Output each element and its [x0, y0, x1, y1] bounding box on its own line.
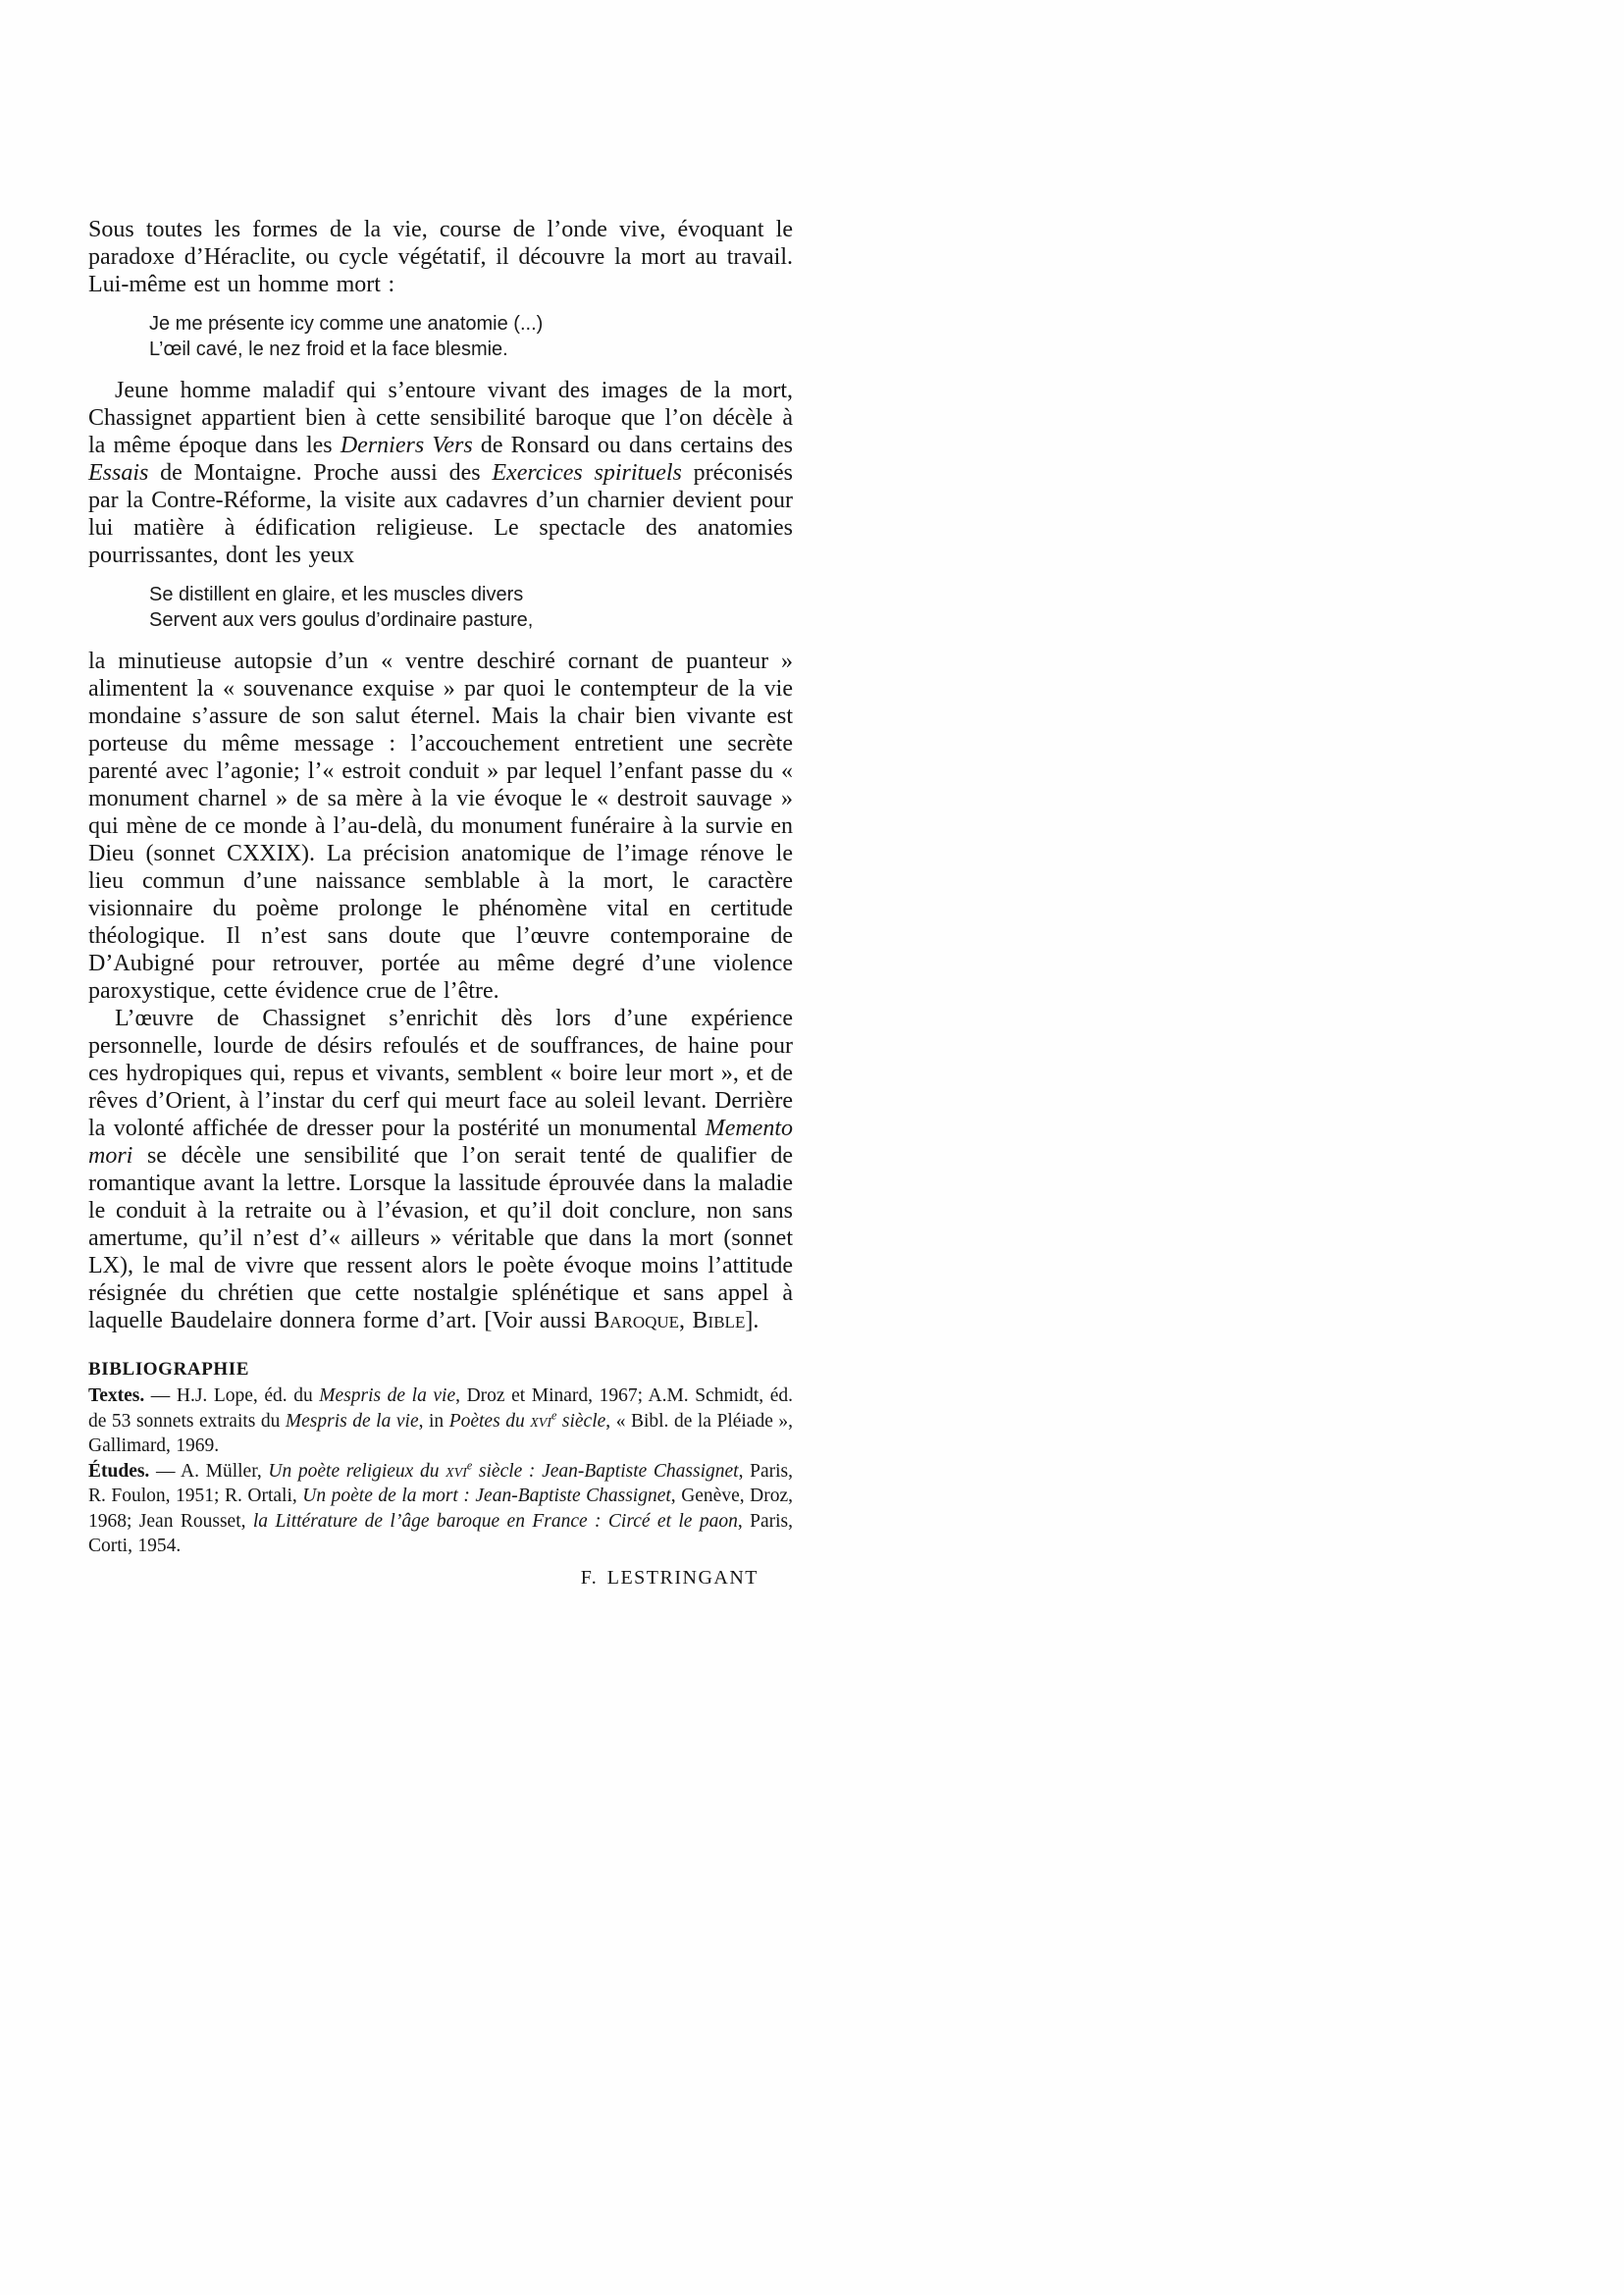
- bibliography-heading: BIBLIOGRAPHIE: [88, 1358, 793, 1382]
- bibliography-entries: Textes. — H.J. Lope, éd. du Mespris de l…: [88, 1383, 793, 1559]
- verse-line: Servent aux vers goulus d’ordinaire past…: [149, 607, 793, 633]
- text-segment: siècle : Jean-Baptiste Chassignet: [472, 1461, 738, 1482]
- text-segment: L’œuvre de Chassignet s’enrichit dès lor…: [88, 1006, 793, 1141]
- paragraph: Sous toutes les formes de la vie, course…: [88, 216, 793, 298]
- text-segment: Un poète de la mort : Jean-Baptiste Chas…: [302, 1486, 671, 1506]
- verse-line: Je me présente icy comme une anatomie (.…: [149, 311, 793, 337]
- text-segment: ].: [745, 1308, 759, 1333]
- bibliography-entry: Textes. — H.J. Lope, éd. du Mespris de l…: [88, 1383, 793, 1459]
- text-segment: Poètes du: [449, 1411, 531, 1432]
- text-segment: Exercices spirituels: [492, 460, 682, 486]
- paragraph: L’œuvre de Chassignet s’enrichit dès lor…: [88, 1005, 793, 1334]
- text-segment: — A. Müller,: [149, 1461, 268, 1482]
- text-segment: se décèle une sensibilité que l’on serai…: [88, 1143, 793, 1333]
- text-segment: Derniers Vers: [341, 433, 473, 458]
- text-segment: Textes.: [88, 1385, 144, 1406]
- text-segment: ,: [679, 1308, 693, 1333]
- paragraph: la minutieuse autopsie d’un « ventre des…: [88, 648, 793, 1005]
- text-segment: la Littérature de l’âge baroque en Franc…: [253, 1511, 738, 1532]
- text-segment: Études.: [88, 1461, 149, 1482]
- text-segment: Baroque: [594, 1308, 679, 1333]
- text-column: Sous toutes les formes de la vie, course…: [88, 216, 793, 1609]
- author-signature: F. LESTRINGANT: [88, 1567, 793, 1590]
- verse-quote: Je me présente icy comme une anatomie (.…: [149, 311, 793, 362]
- text-segment: Un poète religieux du: [268, 1461, 445, 1482]
- bibliography-entry: Études. — A. Müller, Un poète religieux …: [88, 1459, 793, 1559]
- paragraph: Jeune homme maladif qui s’entoure vivant…: [88, 377, 793, 569]
- text-segment: , in: [419, 1411, 449, 1432]
- article-body: Sous toutes les formes de la vie, course…: [88, 216, 793, 1334]
- verse-quote: Se distillent en glaire, et les muscles …: [149, 582, 793, 633]
- text-segment: siècle: [556, 1411, 605, 1432]
- text-segment: Essais: [88, 460, 148, 486]
- text-segment: Mespris de la vie: [319, 1385, 455, 1406]
- text-segment: Sous toutes les formes de la vie, course…: [88, 217, 793, 297]
- bibliography-section: BIBLIOGRAPHIE Textes. — H.J. Lope, éd. d…: [88, 1358, 793, 1590]
- text-segment: Bible: [693, 1308, 746, 1333]
- text-segment: de Montaigne. Proche aussi des: [148, 460, 492, 486]
- text-segment: de Ronsard ou dans certains des: [473, 433, 793, 458]
- text-segment: xvi: [530, 1411, 551, 1432]
- text-segment: xvi: [445, 1461, 467, 1482]
- text-segment: — H.J. Lope, éd. du: [144, 1385, 319, 1406]
- text-segment: la minutieuse autopsie d’un « ventre des…: [88, 649, 793, 1004]
- verse-line: L’œil cavé, le nez froid et la face bles…: [149, 337, 793, 362]
- verse-line: Se distillent en glaire, et les muscles …: [149, 582, 793, 607]
- scanned-document-page: Sous toutes les formes de la vie, course…: [0, 0, 1624, 2295]
- text-segment: Mespris de la vie: [286, 1411, 419, 1432]
